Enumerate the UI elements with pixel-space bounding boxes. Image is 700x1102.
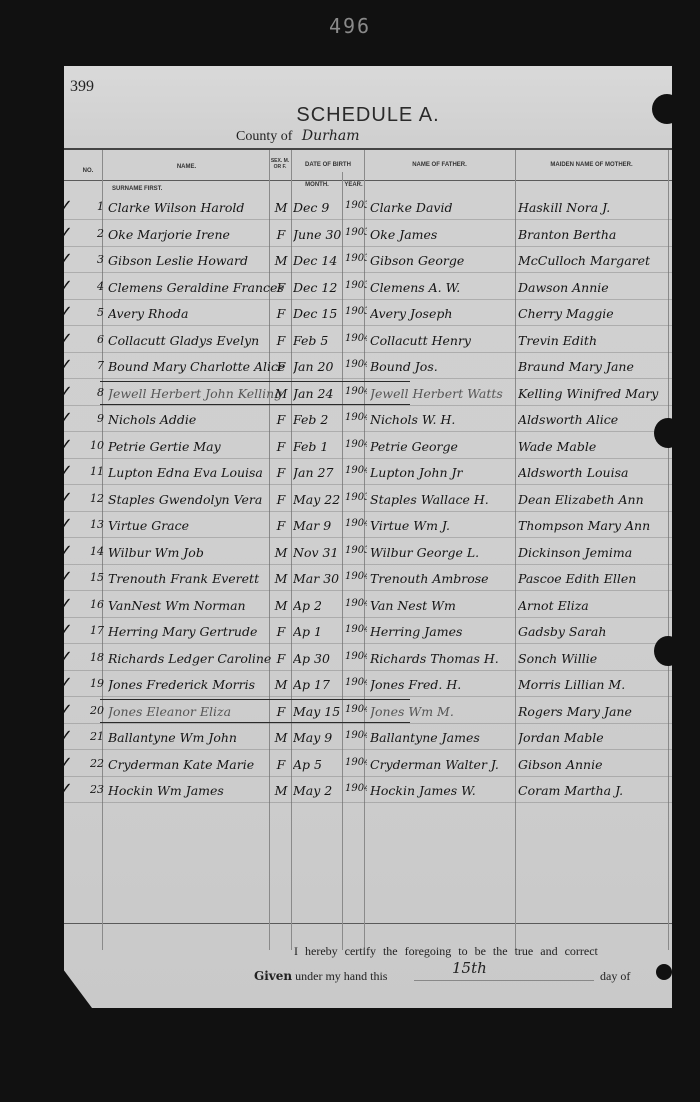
header-mother: Maiden Name of Mother.	[515, 162, 668, 168]
sex: F	[272, 280, 290, 295]
birth-month-day: May 9	[293, 730, 343, 745]
birth-month-day: Mar 30	[293, 571, 343, 586]
header-name: Name.	[104, 164, 269, 170]
birth-year: 1904	[345, 359, 367, 370]
birth-year: 1903	[345, 492, 367, 503]
mother-maiden-name: Aldsworth Alice	[518, 412, 666, 427]
sex: F	[272, 465, 290, 480]
birth-year: 1904	[345, 677, 367, 688]
row-number: 11	[90, 465, 104, 478]
row-number: 22	[90, 757, 104, 770]
birth-year: 1904	[345, 465, 367, 476]
birth-year: 1903	[345, 280, 367, 291]
father-name: Staples Wallace H.	[370, 492, 516, 507]
mother-maiden-name: Aldsworth Louisa	[518, 465, 666, 480]
birth-year: 1903	[345, 200, 367, 211]
check-mark-icon: ✓	[58, 382, 88, 402]
birth-year: 1904	[345, 386, 367, 397]
mother-maiden-name: Rogers Mary Jane	[518, 704, 666, 719]
sex: F	[272, 227, 290, 242]
table-row: ✓1Clarke Wilson HaroldMDec 91903Clarke D…	[64, 194, 672, 220]
birth-year: 1904	[345, 333, 367, 344]
header-father: Name of Father.	[364, 162, 515, 168]
table-row: ✓12Staples Gwendolyn VeraFMay 221903Stap…	[64, 486, 672, 512]
birth-year: 1903	[345, 306, 367, 317]
check-mark-icon: ✓	[58, 355, 88, 375]
father-name: Cryderman Walter J.	[370, 757, 516, 772]
table-row: ✓15Trenouth Frank EverettMMar 301904Tren…	[64, 565, 672, 591]
row-number: 5	[90, 306, 104, 319]
birth-month-day: May 15	[293, 704, 343, 719]
sex: F	[272, 651, 290, 666]
birth-month-day: Dec 14	[293, 253, 343, 268]
mother-maiden-name: Kelling Winifred Mary	[518, 386, 666, 401]
header-sex: Sex. M. or F.	[269, 158, 291, 170]
table-row: ✓20Jones Eleanor ElizaFMay 151904Jones W…	[64, 698, 672, 724]
mother-maiden-name: Branton Bertha	[518, 227, 666, 242]
check-mark-icon: ✓	[58, 779, 88, 799]
mother-maiden-name: Dawson Annie	[518, 280, 666, 295]
sex: M	[272, 386, 290, 401]
check-mark-icon: ✓	[58, 726, 88, 746]
birth-month-day: Dec 12	[293, 280, 343, 295]
check-mark-icon: ✓	[58, 620, 88, 640]
father-name: Jewell Herbert Watts	[370, 386, 516, 401]
mother-maiden-name: Coram Martha J.	[518, 783, 666, 798]
father-name: Nichols W. H.	[370, 412, 516, 427]
sex: M	[272, 545, 290, 560]
sex: F	[272, 518, 290, 533]
birth-year: 1904	[345, 730, 367, 741]
mother-maiden-name: Pascoe Edith Ellen	[518, 571, 666, 586]
table-row: ✓4Clemens Geraldine FrancesFDec 121903Cl…	[64, 274, 672, 300]
row-number: 12	[90, 492, 104, 505]
birth-year: 1903	[345, 545, 367, 556]
birth-month-day: Ap 1	[293, 624, 343, 639]
registry-page: 399 SCHEDULE A. County of Durham No. Nam…	[64, 66, 672, 1008]
sex: M	[272, 253, 290, 268]
father-name: Collacutt Henry	[370, 333, 516, 348]
birth-month-day: May 22	[293, 492, 343, 507]
row-number: 4	[90, 280, 104, 293]
sex: M	[272, 783, 290, 798]
row-number: 3	[90, 253, 104, 266]
birth-month-day: Ap 30	[293, 651, 343, 666]
sex: F	[272, 757, 290, 772]
mother-maiden-name: McCulloch Margaret	[518, 253, 666, 268]
check-mark-icon: ✓	[58, 196, 88, 216]
county-name: Durham	[302, 128, 360, 144]
row-number: 19	[90, 677, 104, 690]
check-mark-icon: ✓	[58, 567, 88, 587]
mother-maiden-name: Gibson Annie	[518, 757, 666, 772]
header-bottom-rule	[64, 180, 672, 181]
father-name: Jones Wm M.	[370, 704, 516, 719]
check-mark-icon: ✓	[58, 276, 88, 296]
sex: F	[272, 333, 290, 348]
birth-month-day: Ap 17	[293, 677, 343, 692]
father-name: Wilbur George L.	[370, 545, 516, 560]
schedule-title: SCHEDULE A.	[64, 104, 672, 127]
mother-maiden-name: Sonch Willie	[518, 651, 666, 666]
check-mark-icon: ✓	[58, 302, 88, 322]
birth-year: 1904	[345, 704, 367, 715]
row-number: 15	[90, 571, 104, 584]
birth-year: 1904	[345, 439, 367, 450]
table-row: ✓10Petrie Gertie MayFFeb 11904Petrie Geo…	[64, 433, 672, 459]
table-row: ✓2Oke Marjorie IreneFJune 301903Oke Jame…	[64, 221, 672, 247]
row-number: 8	[90, 386, 104, 399]
sex: F	[272, 306, 290, 321]
table-row: ✓6Collacutt Gladys EvelynFFeb 51904Colla…	[64, 327, 672, 353]
mother-maiden-name: Jordan Mable	[518, 730, 666, 745]
father-name: Avery Joseph	[370, 306, 516, 321]
sex: F	[272, 359, 290, 374]
check-mark-icon: ✓	[58, 488, 88, 508]
father-name: Oke James	[370, 227, 516, 242]
given-rest: under my hand this	[295, 969, 387, 983]
row-number: 13	[90, 518, 104, 531]
row-number: 18	[90, 651, 104, 664]
birth-month-day: Dec 9	[293, 200, 343, 215]
strike-through-line	[100, 722, 410, 724]
father-name: Trenouth Ambrose	[370, 571, 516, 586]
birth-year: 1904	[345, 757, 367, 768]
header-surname-first: Surname First.	[112, 186, 162, 192]
birth-month-day: Ap 2	[293, 598, 343, 613]
row-number: 16	[90, 598, 104, 611]
table-row: ✓3Gibson Leslie HowardMDec 141903Gibson …	[64, 247, 672, 273]
check-mark-icon: ✓	[58, 700, 88, 720]
father-name: Van Nest Wm	[370, 598, 516, 613]
sex: M	[272, 598, 290, 613]
table-row: ✓17Herring Mary GertrudeFAp 11904Herring…	[64, 618, 672, 644]
mother-maiden-name: Wade Mable	[518, 439, 666, 454]
table-row: ✓21Ballantyne Wm JohnMMay 91904Ballantyn…	[64, 724, 672, 750]
father-name: Clarke David	[370, 200, 516, 215]
father-name: Petrie George	[370, 439, 516, 454]
table-row: ✓18Richards Ledger CarolineFAp 301904Ric…	[64, 645, 672, 671]
check-mark-icon: ✓	[58, 594, 88, 614]
binding-hole	[656, 964, 672, 980]
check-mark-icon: ✓	[58, 435, 88, 455]
row-number: 2	[90, 227, 104, 240]
check-mark-icon: ✓	[58, 249, 88, 269]
father-name: Clemens A. W.	[370, 280, 516, 295]
father-name: Richards Thomas H.	[370, 651, 516, 666]
mother-maiden-name: Trevin Edith	[518, 333, 666, 348]
birth-year: 1904	[345, 598, 367, 609]
birth-month-day: Nov 31	[293, 545, 343, 560]
header-top-rule	[64, 148, 672, 150]
birth-month-day: June 30	[293, 227, 343, 242]
binding-hole	[654, 636, 682, 666]
birth-month-day: Feb 1	[293, 439, 343, 454]
row-number: 21	[90, 730, 104, 743]
birth-month-day: Jan 27	[293, 465, 343, 480]
birth-month-day: Jan 24	[293, 386, 343, 401]
table-row: ✓16VanNest Wm NormanMAp 21904Van Nest Wm…	[64, 592, 672, 618]
father-name: Lupton John Jr	[370, 465, 516, 480]
table-row: ✓8Jewell Herbert John KellingMJan 241904…	[64, 380, 672, 406]
birth-month-day: Feb 2	[293, 412, 343, 427]
sex: F	[272, 412, 290, 427]
county-label: County	[236, 129, 277, 144]
sex: M	[272, 677, 290, 692]
birth-month-day: Dec 15	[293, 306, 343, 321]
row-number: 9	[90, 412, 104, 425]
table-row: ✓14Wilbur Wm JobMNov 311903Wilbur George…	[64, 539, 672, 565]
mother-maiden-name: Braund Mary Jane	[518, 359, 666, 374]
day-blank-line	[414, 980, 594, 981]
mother-maiden-name: Cherry Maggie	[518, 306, 666, 321]
birth-year: 1903	[345, 227, 367, 238]
header-date-of-birth: Date of Birth	[292, 162, 364, 168]
strike-through-line	[100, 699, 410, 701]
check-mark-icon: ✓	[58, 673, 88, 693]
sex: F	[272, 439, 290, 454]
check-mark-icon: ✓	[58, 223, 88, 243]
check-mark-icon: ✓	[58, 753, 88, 773]
header-year: Year.	[343, 182, 364, 188]
sex: M	[272, 730, 290, 745]
table-row: ✓23Hockin Wm JamesMMay 21904Hockin James…	[64, 777, 672, 803]
father-name: Ballantyne James	[370, 730, 516, 745]
sex: F	[272, 624, 290, 639]
father-name: Hockin James W.	[370, 783, 516, 798]
birth-year: 1904	[345, 624, 367, 635]
row-number: 6	[90, 333, 104, 346]
father-name: Herring James	[370, 624, 516, 639]
row-number: 20	[90, 704, 104, 717]
birth-month-day: Feb 5	[293, 333, 343, 348]
father-name: Virtue Wm J.	[370, 518, 516, 533]
table-bottom-rule	[64, 923, 672, 924]
sex: F	[272, 492, 290, 507]
mother-maiden-name: Arnot Eliza	[518, 598, 666, 613]
birth-year: 1904	[345, 518, 367, 529]
county-of: of	[281, 129, 293, 144]
row-number: 7	[90, 359, 104, 372]
row-number: 23	[90, 783, 104, 796]
day-of-label: day of	[600, 969, 630, 984]
sex: M	[272, 200, 290, 215]
given-word: Given	[254, 969, 292, 983]
table-row: ✓13Virtue GraceFMar 91904Virtue Wm J.Tho…	[64, 512, 672, 538]
table-row: ✓5Avery RhodaFDec 151903Avery JosephCher…	[64, 300, 672, 326]
birth-year: 1904	[345, 651, 367, 662]
row-number: 1	[90, 200, 104, 213]
check-mark-icon: ✓	[58, 514, 88, 534]
birth-year: 1904	[345, 412, 367, 423]
strike-through-line	[100, 381, 410, 383]
strike-through-line	[100, 404, 410, 406]
mother-maiden-name: Dean Elizabeth Ann	[518, 492, 666, 507]
check-mark-icon: ✓	[58, 647, 88, 667]
father-name: Gibson George	[370, 253, 516, 268]
table-row: ✓22Cryderman Kate MarieFAp 51904Cryderma…	[64, 751, 672, 777]
check-mark-icon: ✓	[58, 329, 88, 349]
check-mark-icon: ✓	[58, 461, 88, 481]
header-no: No.	[74, 168, 102, 174]
mother-maiden-name: Gadsby Sarah	[518, 624, 666, 639]
day-value: 15th	[452, 959, 487, 977]
birth-year: 1903	[345, 253, 367, 264]
binding-hole	[654, 418, 682, 448]
binding-hole	[652, 94, 682, 124]
row-number: 17	[90, 624, 104, 637]
table-row: ✓11Lupton Edna Eva LouisaFJan 271904Lupt…	[64, 459, 672, 485]
film-frame-number: 496	[0, 14, 700, 38]
table-row: ✓9Nichols AddieFFeb 21904Nichols W. H.Al…	[64, 406, 672, 432]
mother-maiden-name: Haskill Nora J.	[518, 200, 666, 215]
mother-maiden-name: Dickinson Jemima	[518, 545, 666, 560]
header-month: Month.	[292, 182, 342, 188]
sex: M	[272, 571, 290, 586]
table-row: ✓19Jones Frederick MorrisMAp 171904Jones…	[64, 671, 672, 697]
birth-month-day: Ap 5	[293, 757, 343, 772]
birth-month-day: May 2	[293, 783, 343, 798]
table-row: ✓7Bound Mary Charlotte AliceFJan 201904B…	[64, 353, 672, 379]
birth-month-day: Jan 20	[293, 359, 343, 374]
father-name: Jones Fred. H.	[370, 677, 516, 692]
father-name: Bound Jos.	[370, 359, 516, 374]
row-number: 14	[90, 545, 104, 558]
birth-month-day: Mar 9	[293, 518, 343, 533]
mother-maiden-name: Morris Lillian M.	[518, 677, 666, 692]
check-mark-icon: ✓	[58, 408, 88, 428]
page-number: 399	[70, 78, 94, 96]
county-line: County of Durham	[236, 128, 359, 145]
sex: F	[272, 704, 290, 719]
check-mark-icon: ✓	[58, 541, 88, 561]
given-line: Given under my hand this	[254, 969, 387, 984]
birth-year: 1904	[345, 783, 367, 794]
row-number: 10	[90, 439, 104, 452]
mother-maiden-name: Thompson Mary Ann	[518, 518, 666, 533]
birth-year: 1904	[345, 571, 367, 582]
certification-text: I hereby certify the foregoing to be the…	[294, 944, 598, 959]
